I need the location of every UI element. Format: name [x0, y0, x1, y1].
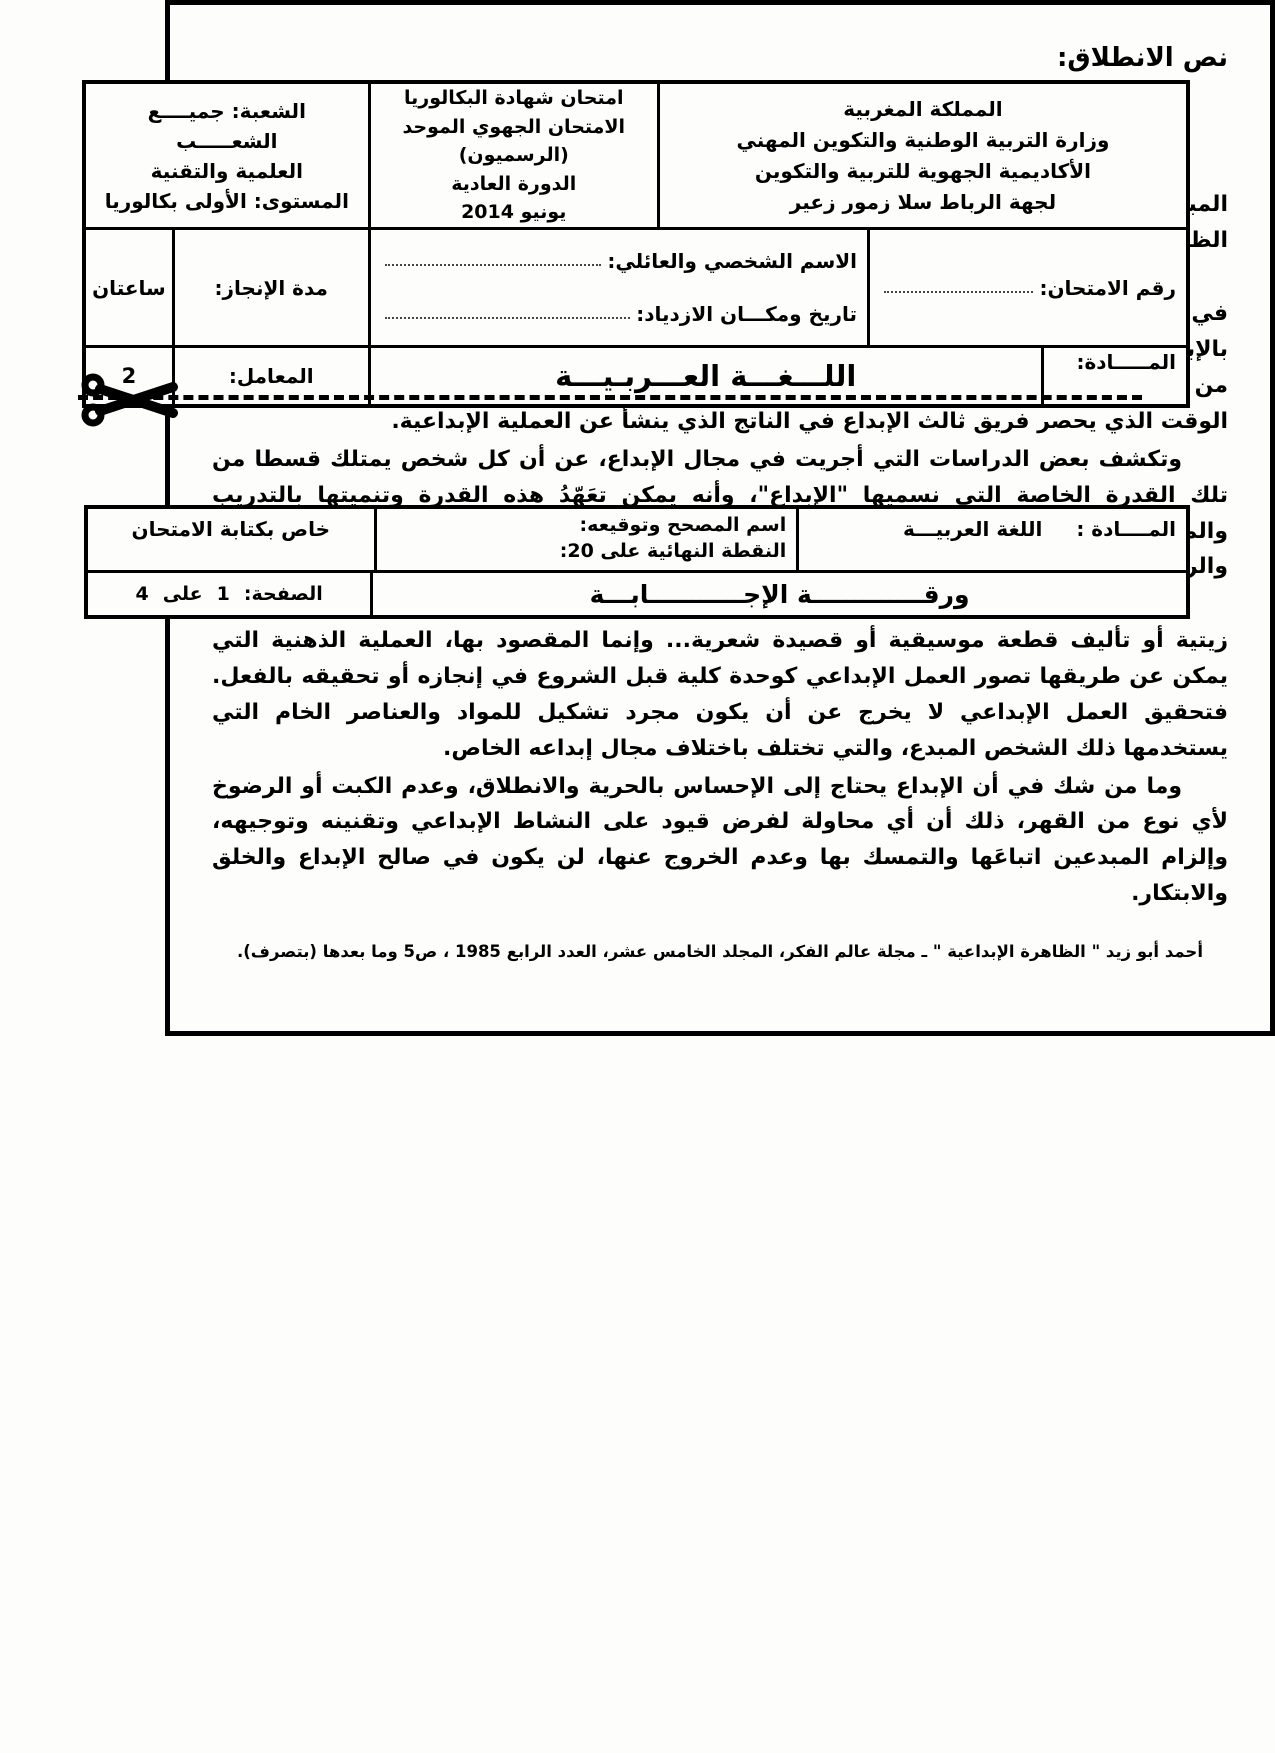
- scissors-icon: [81, 372, 185, 428]
- page-current: 1: [217, 583, 230, 605]
- ministry-cell: المملكة المغربية وزارة التربية الوطنية و…: [657, 84, 1186, 227]
- exam-number-field: رقم الامتحان:: [880, 276, 1176, 300]
- page-total: 4: [135, 583, 148, 605]
- candidate-name-field: الاسم الشخصي والعائلي:: [381, 249, 857, 273]
- exam-session-cell: امتحان شهادة البكالوريا الامتحان الجهوي …: [368, 84, 657, 227]
- birth-date-place-label: تاريخ ومكـــان الازدياد:: [636, 302, 857, 326]
- birth-date-place-field: تاريخ ومكـــان الازدياد:: [381, 302, 857, 326]
- source-reference-footnote: أحمد أبو زيد " الظاهرة الإبداعية " ـ مجل…: [212, 942, 1228, 961]
- answer-header-row-2: ورقـــــــــــــة الإجـــــــــــابـــة …: [88, 573, 1186, 615]
- header-row-candidate: رقم الامتحان: الاسم الشخصي والعائلي: تار…: [86, 230, 1186, 348]
- stream-level-cell: الشعبة: جميــــع الشعـــــب العلمية والت…: [86, 84, 368, 227]
- answer-subject-label: المــــادة :: [1076, 517, 1176, 541]
- corrector-signature-cell: اسم المصحح وتوقيعه: النقطة النهائية على …: [374, 509, 797, 570]
- candidate-name-cell: الاسم الشخصي والعائلي: تاريخ ومكـــان ال…: [368, 230, 867, 345]
- page-label: الصفحة:: [244, 583, 323, 605]
- duration-value-cell: ساعتان: [86, 230, 172, 345]
- birth-date-dotted-line: [385, 317, 631, 319]
- exam-office-only-cell: خاص بكتابة الامتحان: [88, 509, 373, 570]
- page-of-word: على: [163, 583, 203, 605]
- answer-subject-cell: المــــادة : اللغة العربيـــة: [796, 509, 1186, 570]
- exam-number-label: رقم الامتحان:: [1039, 276, 1176, 300]
- page-number-cell: الصفحة: 1 على 4: [88, 573, 370, 615]
- answer-sheet-title-cell: ورقـــــــــــــة الإجـــــــــــابـــة: [370, 573, 1186, 615]
- answer-sheet-header-table: المــــادة : اللغة العربيـــة اسم المصحح…: [84, 505, 1190, 619]
- answer-subject-value: اللغة العربيـــة: [903, 517, 1042, 541]
- dashed-cut-line: [78, 395, 1142, 400]
- candidate-name-dotted-line: [385, 264, 602, 266]
- answer-header-row-1: المــــادة : اللغة العربيـــة اسم المصحح…: [88, 509, 1186, 573]
- exam-number-cell: رقم الامتحان:: [867, 230, 1186, 345]
- exam-header-table: المملكة المغربية وزارة التربية الوطنية و…: [82, 80, 1190, 408]
- candidate-name-label: الاسم الشخصي والعائلي:: [607, 249, 857, 273]
- duration-label-cell: مدة الإنجاز:: [172, 230, 368, 345]
- exam-paper-page: المملكة المغربية وزارة التربية الوطنية و…: [0, 0, 1275, 1753]
- cut-here-line: [78, 370, 1190, 430]
- section-label: نص الانطلاق:: [212, 43, 1228, 73]
- header-row-institution: المملكة المغربية وزارة التربية الوطنية و…: [86, 84, 1186, 230]
- exam-number-dotted-line: [884, 291, 1033, 293]
- paragraph: وما من شك في أن الإبداع يحتاج إلى الإحسا…: [212, 769, 1228, 912]
